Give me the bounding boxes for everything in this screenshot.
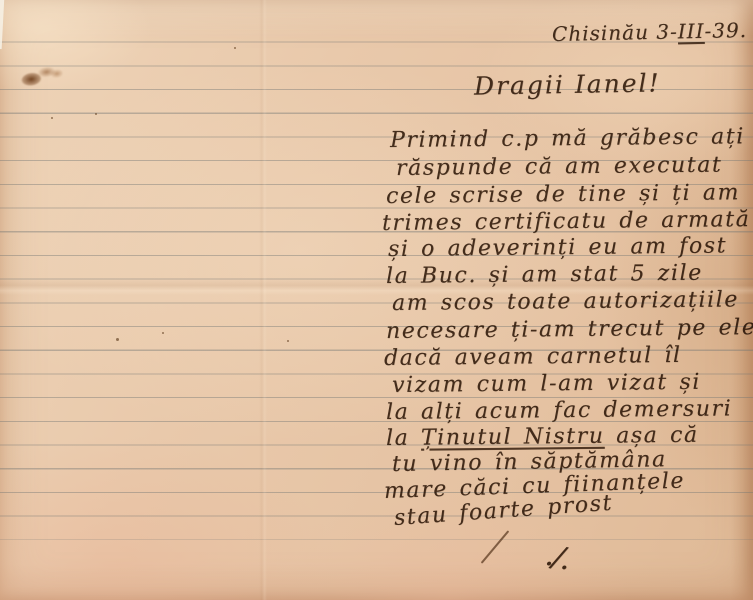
- handwriting-line: cele scrise de tine și ți am: [386, 180, 740, 209]
- underlined-phrase: Ținutul Nistru: [421, 424, 605, 451]
- letter-body: Primind c.p mă grăbesc ați răspunde că a…: [382, 128, 753, 548]
- handwriting-line: trimes certificatu de armată: [382, 207, 751, 236]
- paper-speck: [162, 332, 164, 334]
- ink-stain: [15, 60, 64, 92]
- paper-speck: [95, 113, 97, 115]
- dateline-place-day: Chisinău 3-: [552, 19, 678, 46]
- line-suffix: așa că: [604, 423, 698, 449]
- line-prefix: la: [386, 426, 421, 451]
- paper-speck: [287, 340, 289, 342]
- paper-speck: [116, 338, 119, 341]
- handwriting-line: dacă aveam carnetul îl: [384, 343, 682, 371]
- handwriting-line: și o adeverinți eu am fost: [388, 233, 727, 262]
- handwriting-line: răspunde că am executat: [396, 153, 723, 181]
- paper-speck: [51, 117, 53, 119]
- letter-dateline: Chisinău 3-III-39.: [552, 18, 748, 46]
- vertical-fold-crease: [259, 0, 267, 600]
- scanned-letter-page: Chisinău 3-III-39. Dragii Ianel! Primind…: [0, 0, 753, 600]
- handwriting-line: la alți acum fac demersuri: [386, 396, 733, 425]
- paper-speck: [234, 47, 236, 49]
- page-edge-sliver: [0, 0, 4, 49]
- handwriting-line: la Buc. și am stat 5 zile: [386, 261, 703, 289]
- handwriting-line: am scos toate autorizațiile: [392, 287, 739, 316]
- letter-salutation: Dragii Ianel!: [474, 68, 661, 100]
- handwriting-line: necesare ți-am trecut pe ele: [386, 315, 753, 344]
- dateline-year: -39.: [704, 18, 747, 43]
- handwriting-line: vizam cum l-am vizat și: [392, 370, 701, 398]
- dateline-month-roman: III: [678, 19, 705, 44]
- handwriting-line: Primind c.p mă grăbesc ați: [390, 124, 745, 153]
